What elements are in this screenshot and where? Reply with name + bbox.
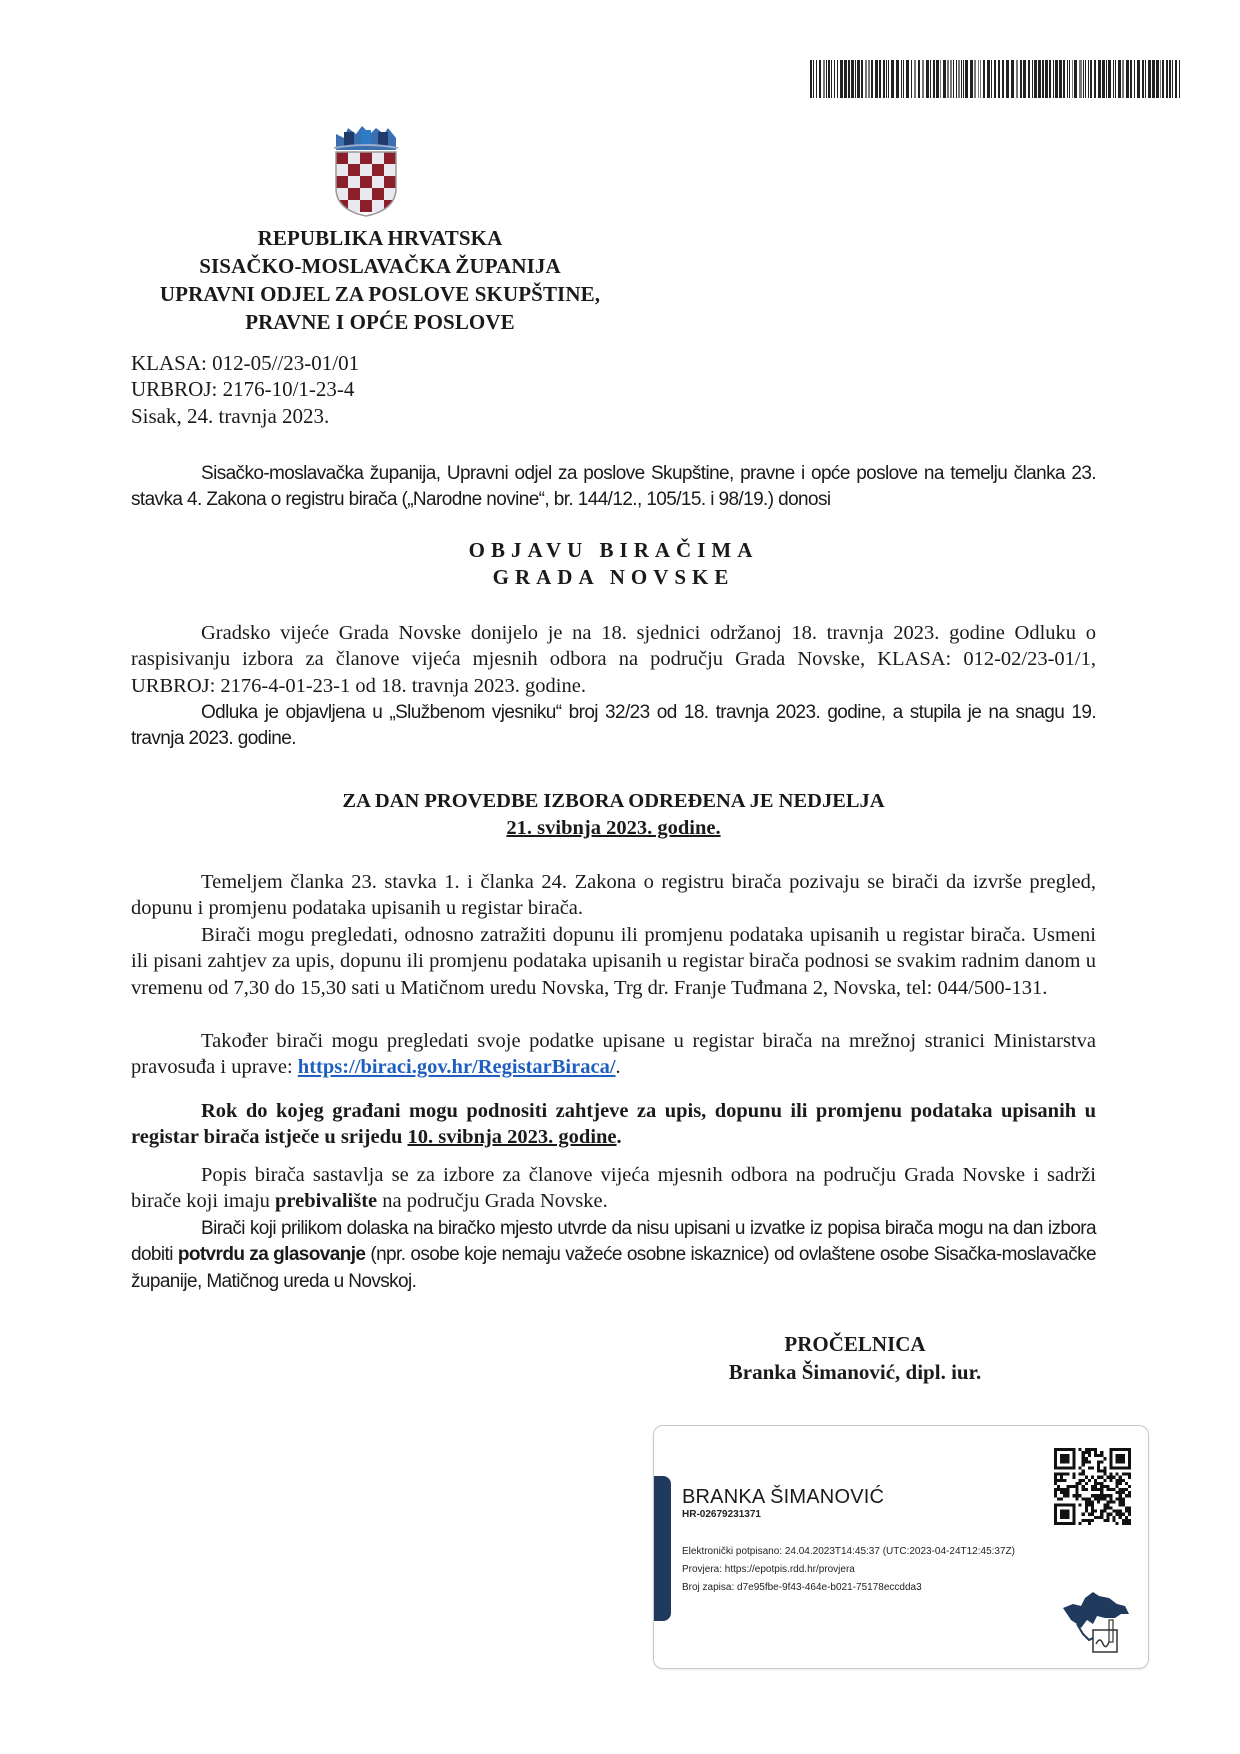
paragraph-publication: Odluka je objavljena u „Službenom vjesni… <box>131 700 1096 753</box>
paragraph-invitation: Temeljem članka 23. stavka 1. i članka 2… <box>131 869 1096 922</box>
certificate-bold: potvrdu za glasovanje <box>178 1244 366 1265</box>
croatia-map-signature-icon <box>1059 1584 1131 1656</box>
esign-oib: HR-02679231371 <box>682 1509 761 1520</box>
header-line-republic: REPUBLIKA HRVATSKA <box>100 224 660 252</box>
klasa: KLASA: 012-05//23-01/01 <box>131 349 359 377</box>
signature-accent-bar <box>654 1476 671 1621</box>
paragraph-voter-list: Popis birača sastavlja se za izbore za č… <box>131 1162 1096 1215</box>
esign-verify-url: Provjera: https://epotpis.rdd.hr/provjer… <box>682 1564 855 1575</box>
intro-paragraph: Sisačko-moslavačka županija, Upravni odj… <box>131 461 1096 514</box>
croatian-coat-of-arms-icon <box>330 124 402 218</box>
signatory-name: Branka Šimanović, dipl. iur. <box>640 1358 1070 1386</box>
paragraph-voting-certificate: Birači koji prilikom dolaska na biračko … <box>131 1216 1096 1295</box>
qr-code-icon <box>1054 1448 1131 1525</box>
paragraph-decision: Gradsko vijeće Grada Novske donijelo je … <box>131 620 1096 699</box>
voter-list-bold: prebivalište <box>275 1190 377 1212</box>
header-line-department-cont: PRAVNE I OPĆE POSLOVE <box>100 308 660 336</box>
esign-signed-time: Elektronički potpisano: 24.04.2023T14:45… <box>682 1546 1015 1557</box>
barcode-icon <box>810 60 1180 98</box>
header-line-county: SISAČKO-MOSLAVAČKA ŽUPANIJA <box>100 252 660 280</box>
header-line-department: UPRAVNI ODJEL ZA POSLOVE SKUPŠTINE, <box>96 280 664 308</box>
voter-list-text-b: na području Grada Novske. <box>377 1190 608 1212</box>
paragraph-online: Također birači mogu pregledati svoje pod… <box>131 1028 1096 1081</box>
place-date: Sisak, 24. travnja 2023. <box>131 402 329 430</box>
online-end: . <box>616 1056 621 1078</box>
esign-name: BRANKA ŠIMANOVIĆ <box>682 1486 884 1509</box>
signatory-role: PROČELNICA <box>640 1330 1070 1358</box>
intro-text: Sisačko-moslavačka županija, Upravni odj… <box>131 463 1096 510</box>
register-link[interactable]: https://biraci.gov.hr/RegistarBiraca/ <box>298 1056 616 1078</box>
document-title: OBJAVU BIRAČIMA <box>131 536 1096 564</box>
paragraph-requests: Birači mogu pregledati, odnosno zatražit… <box>131 922 1096 1001</box>
document-subtitle: GRADA NOVSKE <box>131 563 1096 591</box>
election-day-heading: ZA DAN PROVEDBE IZBORA ODREĐENA JE NEDJE… <box>131 787 1096 815</box>
paragraph-deadline: Rok do kojeg građani mogu podnositi zaht… <box>131 1098 1096 1151</box>
deadline-date: 10. svibnja 2023. godine <box>408 1126 617 1148</box>
urbroj: URBROJ: 2176-10/1-23-4 <box>131 375 354 403</box>
electronic-signature-card: BRANKA ŠIMANOVIĆ HR-02679231371 Elektron… <box>653 1425 1149 1669</box>
esign-record-number: Broj zapisa: d7e95fbe-9f43-464e-b021-751… <box>682 1582 922 1593</box>
deadline-end: . <box>617 1126 622 1148</box>
election-day-date: 21. svibnja 2023. godine. <box>131 814 1096 842</box>
